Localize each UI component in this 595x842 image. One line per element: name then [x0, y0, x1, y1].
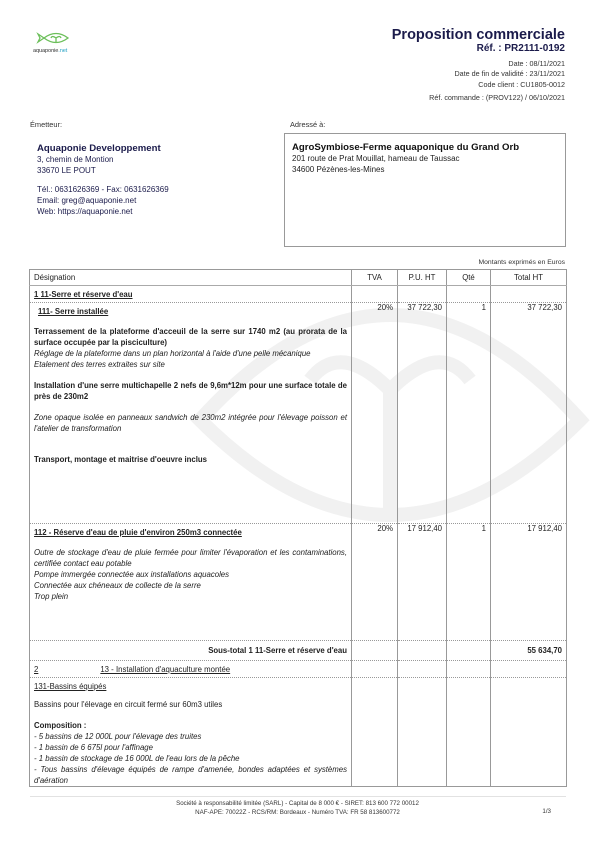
recipient-label: Adressé à:	[290, 120, 325, 129]
subtotal-label: Sous-total 1 11-Serre et réserve d'eau	[30, 641, 352, 661]
page-number: 1/3	[542, 808, 551, 815]
document-reference: Réf. : PR2111-0192	[477, 43, 565, 54]
description-line: Transport, montage et maitrise d'oeuvre …	[34, 454, 347, 465]
footer-divider	[30, 796, 566, 797]
col-quantity: Qté	[447, 270, 491, 286]
company-logo: aquaponie.net	[30, 30, 90, 56]
item-quantity: 1	[447, 524, 491, 641]
logo-wordmark: aquaponie.net	[33, 48, 67, 54]
footer-legal-line1: Société à responsabilité limitée (SARL) …	[0, 800, 595, 807]
item-unit-price: 17 912,40	[398, 524, 447, 641]
col-unit-price: P.U. HT	[398, 270, 447, 286]
description-line: - 5 bassins de 12 000L pour l'élevage de…	[34, 731, 347, 742]
item-title: 112 - Réserve d'eau de pluie d'environ 2…	[34, 524, 347, 537]
section-row: 213 - Installation d'aquaculture montée	[30, 661, 567, 678]
item-tva: 20%	[352, 524, 398, 641]
item-title: 111- Serre installée	[34, 303, 347, 316]
col-designation: Désignation	[30, 270, 352, 286]
issuer-website[interactable]: Web: https://aquaponie.net	[37, 206, 275, 217]
item-description: Bassins pour l'élevage en circuit fermé …	[34, 694, 347, 786]
subtotal-row: Sous-total 1 11-Serre et réserve d'eau 5…	[30, 641, 567, 661]
recipient-block: AgroSymbiose-Ferme aquaponique du Grand …	[284, 133, 566, 247]
description-line: Terrassement de la plateforme d'acceuil …	[34, 326, 347, 348]
subtotal-amount: 55 634,70	[491, 641, 567, 661]
table-row: 111- Serre installée Terrassement de la …	[30, 303, 567, 524]
issuer-phone: Tél.: 0631626369 - Fax: 0631626369	[37, 184, 275, 195]
item-total: 37 722,30	[491, 303, 567, 524]
currency-note: Montants exprimés en Euros	[478, 259, 565, 266]
recipient-name: AgroSymbiose-Ferme aquaponique du Grand …	[292, 142, 565, 153]
description-line: Etalement des terres extraites sur site	[34, 359, 347, 370]
footer-legal-line2: NAF-APE: 70022Z - RCS/RM: Bordeaux - Num…	[0, 809, 595, 816]
issuer-block: Aquaponie Developpement 3, chemin de Mon…	[30, 135, 275, 255]
validity-date: Date de fin de validité : 23/11/2021	[454, 69, 565, 78]
description-line: - Tous bassins d'élevage équipés de ramp…	[34, 764, 347, 786]
section-name: 13 - Installation d'aquaculture montée	[100, 665, 230, 674]
document-title: Proposition commerciale	[392, 27, 565, 43]
item-quantity: 1	[447, 303, 491, 524]
order-reference: Réf. commande : (PROV122) / 06/10/2021	[429, 93, 565, 102]
issuer-address1: 3, chemin de Montion	[37, 154, 275, 165]
description-line: - 1 bassin de 6 675l pour l'affinage	[34, 742, 347, 753]
document-date: Date : 08/11/2021	[508, 59, 565, 68]
recipient-address2: 34600 Pézènes-les-Mines	[292, 164, 565, 175]
description-line: Zone opaque isolée en panneaux sandwich …	[34, 412, 347, 434]
fish-leaf-icon	[30, 30, 90, 48]
table-row: 131-Bassins équipés Bassins pour l'éleva…	[30, 678, 567, 787]
item-tva: 20%	[352, 303, 398, 524]
table-row: 112 - Réserve d'eau de pluie d'environ 2…	[30, 524, 567, 641]
item-description: Terrassement de la plateforme d'acceuil …	[34, 316, 347, 465]
description-line: Pompe immergée connectée aux installatio…	[34, 569, 347, 580]
table-header-row: Désignation TVA P.U. HT Qté Total HT	[30, 270, 567, 286]
issuer-label: Émetteur:	[30, 120, 62, 129]
issuer-name: Aquaponie Developpement	[37, 143, 275, 154]
item-title: 131-Bassins équipés	[34, 678, 347, 694]
col-tva: TVA	[352, 270, 398, 286]
recipient-address1: 201 route de Prat Mouillat, hameau de Ta…	[292, 153, 565, 164]
description-line: Installation d'une serre multichapelle 2…	[34, 380, 347, 402]
description-line: Trop plein	[34, 591, 347, 602]
item-total: 17 912,40	[491, 524, 567, 641]
client-code: Code client : CU1805-0012	[478, 80, 565, 89]
issuer-address2: 33670 LE POUT	[37, 165, 275, 176]
description-line: Bassins pour l'élevage en circuit fermé …	[34, 699, 347, 710]
description-line: Outre de stockage d'eau de pluie fermée …	[34, 547, 347, 569]
item-description: Outre de stockage d'eau de pluie fermée …	[34, 537, 347, 602]
section-number: 2	[34, 665, 38, 674]
section-row: 1 11-Serre et réserve d'eau	[30, 286, 567, 303]
item-unit-price: 37 722,30	[398, 303, 447, 524]
col-total: Total HT	[491, 270, 567, 286]
section-title: 1 11-Serre et réserve d'eau	[34, 286, 347, 302]
description-line: Réglage de la plateforme dans un plan ho…	[34, 348, 347, 359]
section-title: 213 - Installation d'aquaculture montée	[34, 661, 347, 677]
description-line: - 1 bassin de stockage de 16 000L de l'e…	[34, 753, 347, 764]
items-table: Désignation TVA P.U. HT Qté Total HT 1 1…	[29, 269, 567, 787]
description-line: Connectée aux chéneaux de collecte de la…	[34, 580, 347, 591]
description-line: Composition :	[34, 720, 347, 731]
issuer-email[interactable]: Email: greg@aquaponie.net	[37, 195, 275, 206]
